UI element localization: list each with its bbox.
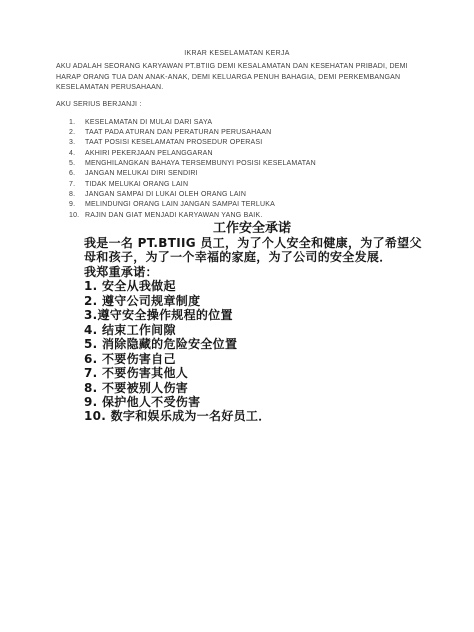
chinese-intro-line: 我是一名 PT.BTIIG 员工，为了个人安全和健康，为了希望父 xyxy=(84,236,444,250)
item-text: TIDAK MELUKAI ORANG LAIN xyxy=(85,180,188,190)
item-text: JANGAN SAMPAI DI LUKAI OLEH ORANG LAIN xyxy=(85,190,246,200)
pledge-item: 7. TIDAK MELUKAI ORANG LAIN xyxy=(69,180,316,190)
document-page: IKRAR KESELAMATAN KERJA AKU ADALAH SEORA… xyxy=(0,0,474,632)
chinese-section-title: 工作安全承诺 xyxy=(84,221,420,236)
chinese-pledge-line: 4. 结束工作间隙 xyxy=(84,323,444,337)
pledge-item: 4. AKHIRI PEKERJAAN PELANGGARAN xyxy=(69,149,316,159)
pledge-list: 1. KESELAMATAN DI MULAI DARI SAYA 2. TAA… xyxy=(69,118,316,221)
item-text: JANGAN MELUKAI DIRI SENDIRI xyxy=(85,169,198,179)
chinese-section-body: 我是一名 PT.BTIIG 员工，为了个人安全和健康，为了希望父 母和孩子，为了… xyxy=(84,236,444,424)
intro-paragraph: AKU ADALAH SEORANG KARYAWAN PT.BTIIG DEM… xyxy=(56,62,412,94)
chinese-intro-line: 母和孩子，为了一个幸福的家庭，为了公司的安全发展． xyxy=(84,250,444,264)
intro-line: KESELAMATAN PERUSAHAAN. xyxy=(56,83,412,94)
item-number: 5. xyxy=(69,159,85,169)
pledge-item: 2. TAAT PADA ATURAN DAN PERATURAN PERUSA… xyxy=(69,128,316,138)
item-text: MELINDUNGI ORANG LAIN JANGAN SAMPAI TERL… xyxy=(85,200,275,210)
pledge-item: 3. TAAT POSISI KESELAMATAN PROSEDUR OPER… xyxy=(69,138,316,148)
chinese-pledge-line: 5. 消除隐藏的危险安全位置 xyxy=(84,337,444,351)
chinese-pledge-line: 1. 安全从我做起 xyxy=(84,279,444,293)
intro-line: AKU ADALAH SEORANG KARYAWAN PT.BTIIG DEM… xyxy=(56,62,412,73)
intro-line: HARAP ORANG TUA DAN ANAK-ANAK, DEMI KELU… xyxy=(56,73,412,84)
item-text: AKHIRI PEKERJAAN PELANGGARAN xyxy=(85,149,213,159)
item-number: 10. xyxy=(69,211,85,221)
chinese-pledge-line: 8. 不要被别人伤害 xyxy=(84,381,444,395)
item-number: 6. xyxy=(69,169,85,179)
item-number: 9. xyxy=(69,200,85,210)
item-text: TAAT PADA ATURAN DAN PERATURAN PERUSAHAA… xyxy=(85,128,271,138)
item-text: TAAT POSISI KESELAMATAN PROSEDUR OPERASI xyxy=(85,138,262,148)
item-number: 3. xyxy=(69,138,85,148)
item-text: MENGHILANGKAN BAHAYA TERSEMBUNYI POSISI … xyxy=(85,159,316,169)
pledge-item: 1. KESELAMATAN DI MULAI DARI SAYA xyxy=(69,118,316,128)
document-title: IKRAR KESELAMATAN KERJA xyxy=(0,49,474,58)
pledge-item: 6. JANGAN MELUKAI DIRI SENDIRI xyxy=(69,169,316,179)
chinese-pledge-line: 10. 数字和娱乐成为一名好员工． xyxy=(84,409,444,423)
item-text: KESELAMATAN DI MULAI DARI SAYA xyxy=(85,118,212,128)
item-text: RAJIN DAN GIAT MENJADI KARYAWAN YANG BAI… xyxy=(85,211,262,221)
item-number: 2. xyxy=(69,128,85,138)
item-number: 1. xyxy=(69,118,85,128)
chinese-pledge-line: 7. 不要伤害其他人 xyxy=(84,366,444,380)
chinese-pledge-line: 9. 保护他人不受伤害 xyxy=(84,395,444,409)
item-number: 4. xyxy=(69,149,85,159)
pledge-item: 8. JANGAN SAMPAI DI LUKAI OLEH ORANG LAI… xyxy=(69,190,316,200)
item-number: 7. xyxy=(69,180,85,190)
pledge-item: 5. MENGHILANGKAN BAHAYA TERSEMBUNYI POSI… xyxy=(69,159,316,169)
promise-heading: AKU SERIUS BERJANJI : xyxy=(56,101,142,108)
chinese-pledge-line: 6. 不要伤害自己 xyxy=(84,352,444,366)
chinese-pledge-line: 3.遵守安全操作规程的位置 xyxy=(84,308,444,322)
pledge-item: 9. MELINDUNGI ORANG LAIN JANGAN SAMPAI T… xyxy=(69,200,316,210)
pledge-item: 10. RAJIN DAN GIAT MENJADI KARYAWAN YANG… xyxy=(69,211,316,221)
item-number: 8. xyxy=(69,190,85,200)
chinese-intro-line: 我郑重承诺： xyxy=(84,265,444,279)
chinese-pledge-line: 2. 遵守公司规章制度 xyxy=(84,294,444,308)
